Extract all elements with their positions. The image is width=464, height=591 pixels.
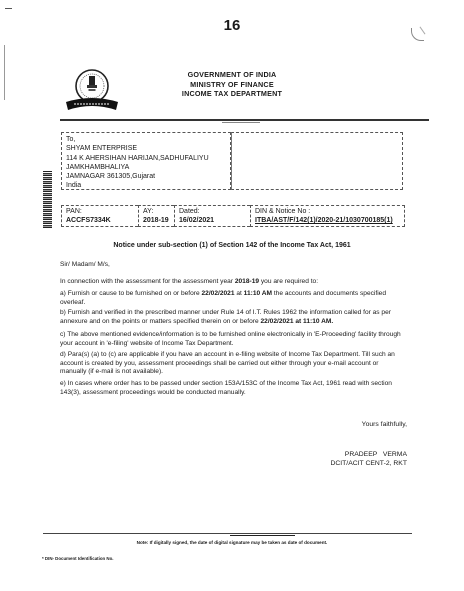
emblem-icon bbox=[62, 66, 122, 114]
addressee-box-blank bbox=[231, 132, 403, 190]
header-divider-accent bbox=[222, 122, 260, 123]
paragraph-e: e) In cases where order has to be passed… bbox=[60, 380, 405, 397]
para-b-text: b) Furnish and verified in the prescribe… bbox=[60, 309, 391, 325]
digital-signature-note: Note: If digitally signed, the date of d… bbox=[0, 540, 464, 545]
para-b-datetime: 22/02/2021 at 11:10 AM. bbox=[261, 318, 334, 325]
header-line-ministry: MINISTRY OF FINANCE bbox=[150, 80, 314, 90]
pan-value: ACCFS7334K bbox=[66, 216, 134, 225]
header-divider bbox=[60, 119, 429, 121]
intro-text-end: you are required to: bbox=[259, 278, 318, 285]
paragraph-a: a) Furnish or cause to be furnished on o… bbox=[60, 290, 405, 307]
din-footnote: * DIN- Document Identification No. bbox=[42, 556, 113, 561]
paragraph-d: d) Para(s) (a) to (c) are applicable if … bbox=[60, 351, 405, 377]
ay-label: AY: bbox=[143, 207, 170, 216]
din-label: DIN & Notice No : bbox=[255, 207, 400, 216]
pan-label: PAN: bbox=[66, 207, 134, 216]
paragraph-c: c) The above mentioned evidence/informat… bbox=[60, 331, 405, 348]
signer-name: PRADEEP VERMA bbox=[300, 451, 407, 460]
para-a-date: 22/02/2021 bbox=[201, 290, 234, 297]
para-a-time: 11:10 AM bbox=[244, 290, 272, 297]
intro-paragraph: In connection with the assessment for th… bbox=[60, 278, 405, 287]
address-line-2: JAMKHAMBHALIYA bbox=[66, 163, 226, 172]
header-line-government: GOVERNMENT OF INDIA bbox=[150, 70, 314, 80]
din-value: ITBA/AST/F/142(1)/2020-21/1030700185(1) bbox=[255, 216, 400, 225]
ay-cell: AY: 2018-19 bbox=[138, 205, 174, 227]
header-line-department: INCOME TAX DEPARTMENT bbox=[150, 89, 314, 99]
closing: Yours faithfully, bbox=[300, 421, 407, 430]
assessment-year: 2018-19 bbox=[235, 278, 259, 285]
address-line-3: JAMNAGAR 361305,Gujarat bbox=[66, 172, 226, 181]
barcode bbox=[43, 171, 52, 229]
din-cell: DIN & Notice No : ITBA/AST/F/142(1)/2020… bbox=[250, 205, 405, 227]
dated-label: Dated: bbox=[179, 207, 246, 216]
para-a-at: at bbox=[235, 290, 244, 297]
department-header: GOVERNMENT OF INDIA MINISTRY OF FINANCE … bbox=[150, 70, 314, 99]
footer-divider bbox=[43, 533, 412, 534]
salutation: Sir/ Madam/ M/s, bbox=[60, 261, 405, 270]
scan-edge-line bbox=[4, 45, 5, 100]
addressee-name: SHYAM ENTERPRISE bbox=[66, 144, 226, 153]
address-country: India bbox=[66, 181, 226, 190]
pan-cell: PAN: ACCFS7334K bbox=[61, 205, 138, 227]
notice-info-row: PAN: ACCFS7334K AY: 2018-19 Dated: 16/02… bbox=[61, 205, 405, 227]
signer-designation: DCIT/ACIT CENT-2, RKT bbox=[300, 460, 407, 469]
addressee-box: To, SHYAM ENTERPRISE 114 K AHERSIHAN HAR… bbox=[61, 132, 231, 190]
paragraph-b: b) Furnish and verified in the prescribe… bbox=[60, 309, 405, 326]
address-line-1: 114 K AHERSIHAN HARIJAN,SADHUFALIYU bbox=[66, 154, 226, 163]
notice-title: Notice under sub-section (1) of Section … bbox=[0, 242, 464, 249]
dated-value: 16/02/2021 bbox=[179, 216, 246, 225]
scan-corner-mark bbox=[5, 8, 12, 9]
para-a-text: a) Furnish or cause to be furnished on o… bbox=[60, 290, 201, 297]
ay-value: 2018-19 bbox=[143, 216, 170, 225]
to-label: To, bbox=[66, 135, 226, 144]
dated-cell: Dated: 16/02/2021 bbox=[174, 205, 250, 227]
intro-text: In connection with the assessment for th… bbox=[60, 278, 235, 285]
page-number: 16 bbox=[0, 17, 464, 34]
footer-divider-accent bbox=[230, 535, 295, 536]
signer-block: PRADEEP VERMA DCIT/ACIT CENT-2, RKT bbox=[300, 451, 407, 468]
